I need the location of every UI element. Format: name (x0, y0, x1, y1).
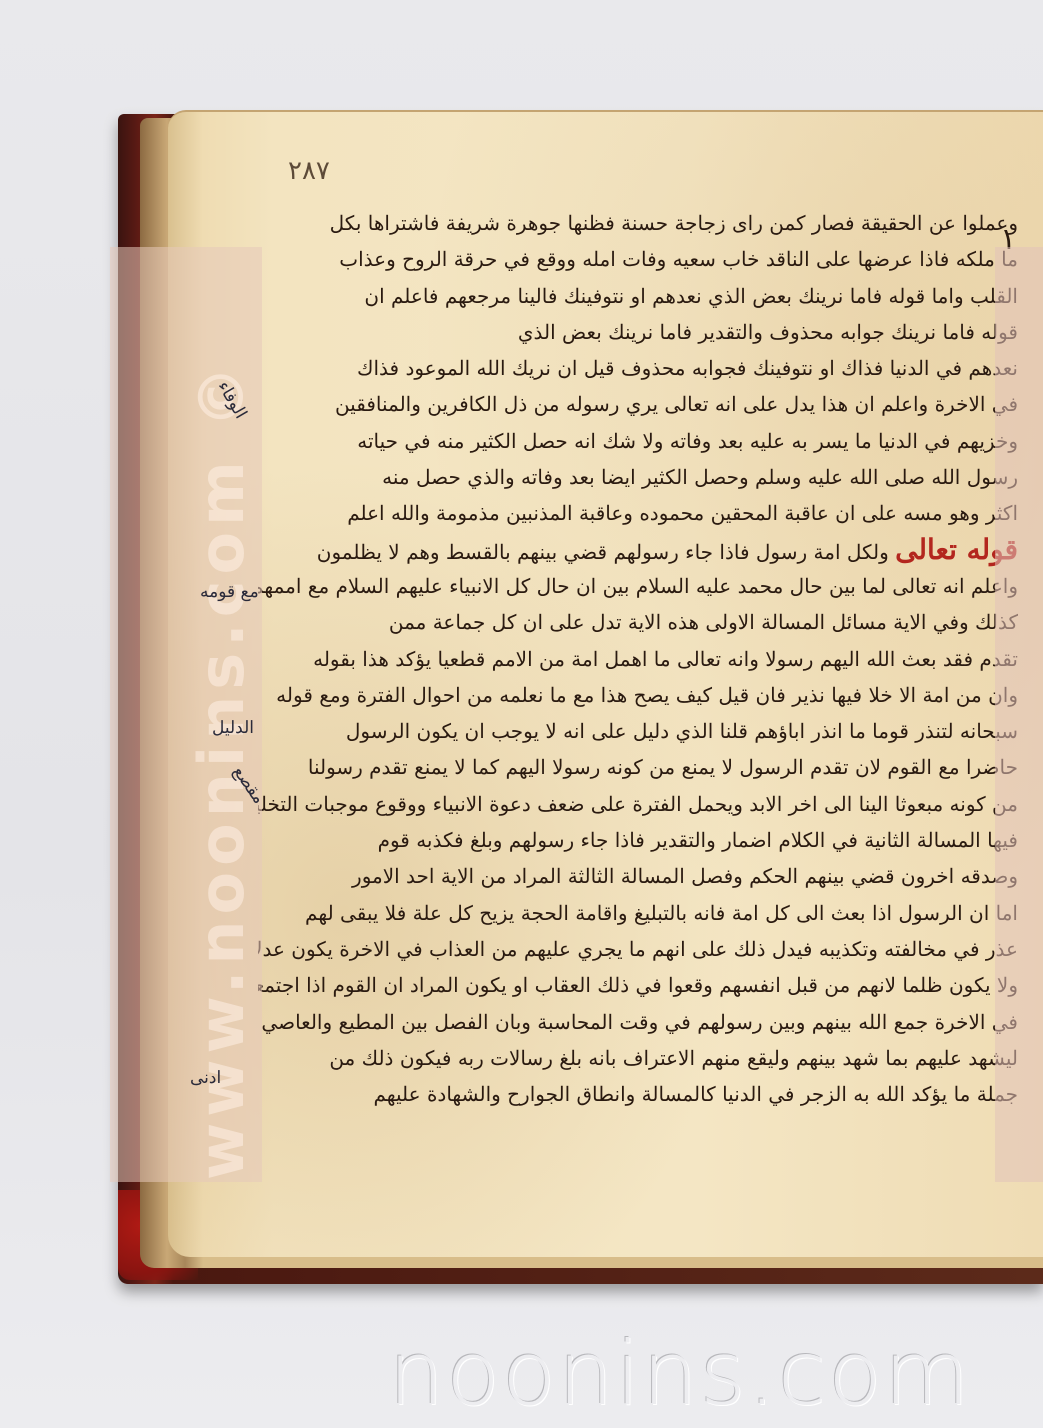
text-line: من كونه مبعوثا الينا الى اخر الابد ويحمل… (258, 786, 1018, 822)
text-line: القلب واما قوله فاما نرينك بعض الذي نعده… (258, 278, 1018, 314)
text-line: تقدم فقد بعث الله اليهم رسولا وانه تعالى… (258, 641, 1018, 677)
text-line: اكثر وهو مسه على ان عاقبة المحقين محموده… (258, 495, 1018, 531)
margin-note: مع قومه (200, 582, 259, 602)
text-line: وان من امة الا خلا فيها نذير فان قيل كيف… (258, 677, 1018, 713)
text-line: كذلك وفي الاية مسائل المسالة الاولى هذه … (258, 604, 1018, 640)
text-line: جملة ما يؤكد الله به الزجر في الدنيا كال… (258, 1076, 1018, 1112)
text-line: ما ملكه فاذا عرضها على الناقد خاب سعيه و… (258, 241, 1018, 277)
text-line: في الاخرة واعلم ان هذا يدل على انه تعالى… (258, 386, 1018, 422)
watermark-strip (995, 247, 1043, 1182)
text-line: ولا يكون ظلما لانهم من قبل انفسهم وقعوا … (258, 967, 1018, 1003)
text-line: رسول الله صلى الله عليه وسلم وحصل الكثير… (258, 459, 1018, 495)
text-line: وخزيهم في الدنيا ما يسر به عليه بعد وفات… (258, 423, 1018, 459)
text-line: وعملوا عن الحقيقة فصار كمن راى زجاجة حسن… (258, 205, 1018, 241)
text-line: ليشهد عليهم بما شهد بينهم وليقع منهم الا… (258, 1040, 1018, 1076)
text-line: واعلم انه تعالى لما بين حال محمد عليه ال… (258, 568, 1018, 604)
text-line: سبحانه لتنذر قوما ما انذر اباؤهم قلنا ال… (258, 713, 1018, 749)
text-line: اما ان الرسول اذا بعث الى كل امة فانه با… (258, 895, 1018, 931)
margin-note: ادنى (190, 1068, 221, 1088)
text-line: نعدهم في الدنيا فذاك او نتوفينك فجوابه م… (258, 350, 1018, 386)
text-line: عذر في مخالفته وتكذيبه فيدل ذلك على انهم… (258, 931, 1018, 967)
text-line: حاضرا مع القوم لان تقدم الرسول لا يمنع م… (258, 749, 1018, 785)
text-line: فيها المسالة الثانية في الكلام اضمار وال… (258, 822, 1018, 858)
verse-text: ولكل امة رسول فاذا جاء رسولهم قضي بينهم … (317, 540, 889, 564)
heading-line: قوله تعالى ولكل امة رسول فاذا جاء رسولهم… (258, 532, 1018, 568)
page-number: ٢٨٧ (288, 156, 330, 186)
text-line: في الاخرة جمع الله بينهم وبين رسولهم في … (258, 1004, 1018, 1040)
margin-note: الدليل (212, 718, 254, 738)
text-line: قوله فاما نرينك جوابه محذوف والتقدير فام… (258, 314, 1018, 350)
manuscript-text: وعملوا عن الحقيقة فصار كمن راى زجاجة حسن… (258, 205, 1018, 1112)
bottom-watermark: noonins.com (330, 1322, 1030, 1425)
text-line: وصدقه اخرون قضي بينهم الحكم وفصل المسالة… (258, 858, 1018, 894)
vertical-watermark: www.noonins.com © (185, 240, 245, 1180)
